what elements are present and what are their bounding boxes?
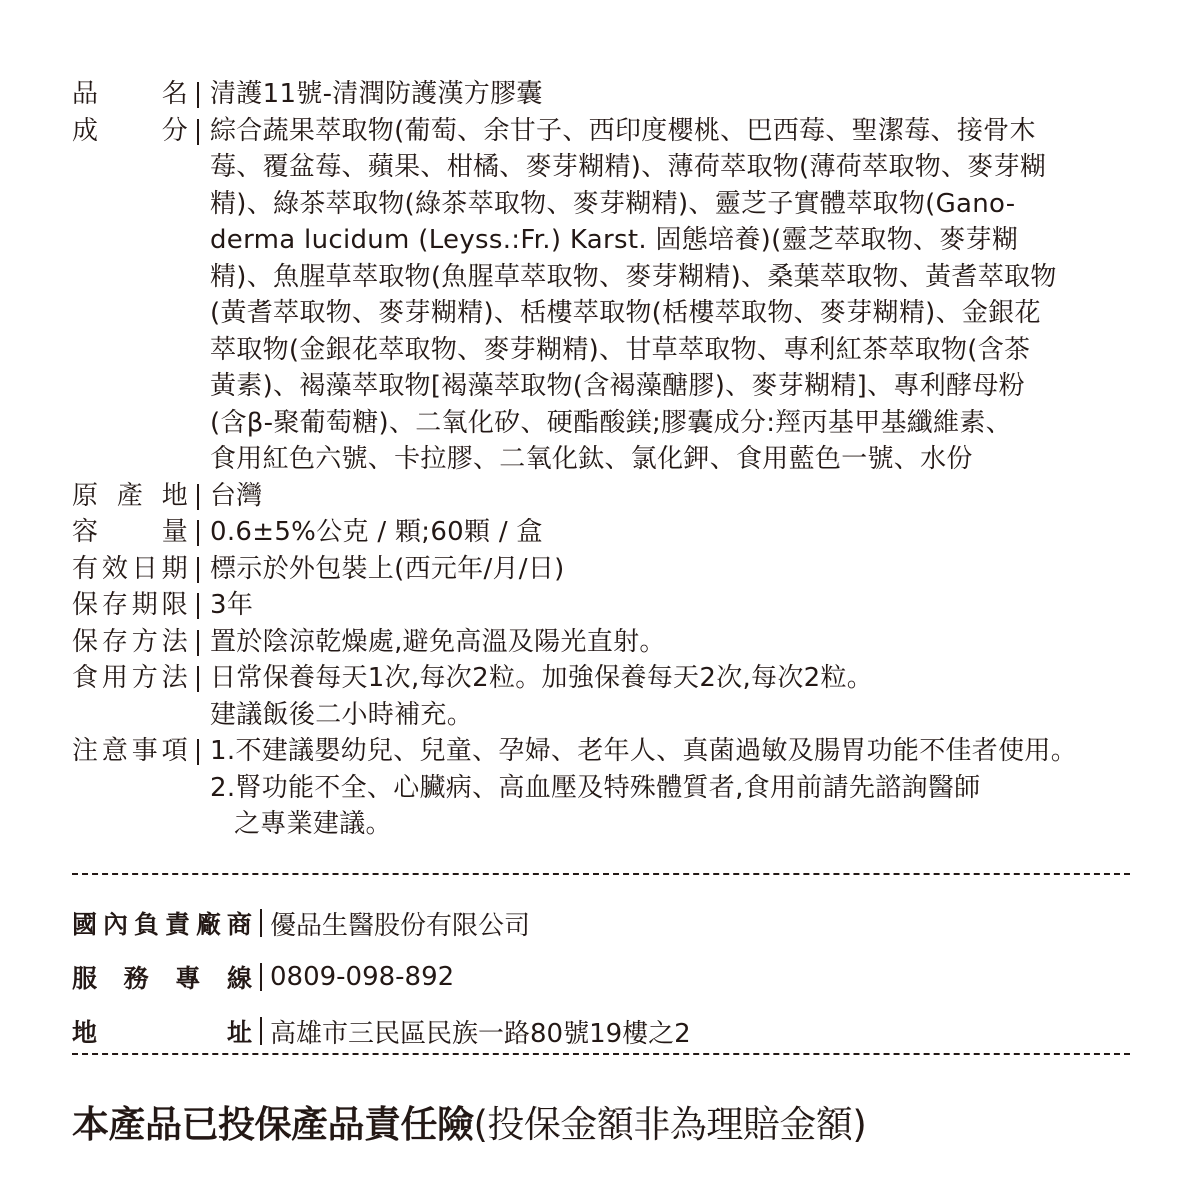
spec-row-usage: 食 用 方 法 日常保養每天1次,每次2粒。加強保養每天2次,每次2粒。 建議飯… bbox=[72, 660, 1142, 733]
spec-value-capacity: 0.6±5%公克 / 顆;60顆 / 盒 bbox=[210, 514, 1142, 551]
spec-row-origin: 原 產 地 台灣 bbox=[72, 478, 1142, 515]
company-info: 國 內 負 責 廠 商 優品生醫股份有限公司 服 務 專 線 0809-098-… bbox=[72, 896, 1142, 1058]
spec-row-shelf-life: 保 存 期 限 3年 bbox=[72, 587, 1142, 624]
ingredients-line: 綜合蔬果萃取物(葡萄、余甘子、西印度櫻桃、巴西莓、聖潔莓、接骨木 bbox=[210, 113, 1142, 150]
spec-row-notes: 注 意 事 項 1.不建議嬰幼兒、兒童、孕婦、老年人、真菌過敏及腸胃功能不佳者使… bbox=[72, 733, 1142, 843]
divider bbox=[197, 593, 199, 619]
divider bbox=[197, 484, 199, 510]
spec-value-product-name: 清護11號-清潤防護漢方膠囊 bbox=[210, 76, 1142, 113]
product-spec-table: 品 名 清護11號-清潤防護漢方膠囊 成 分 綜合蔬果萃取物(葡萄、余甘子、西印… bbox=[72, 76, 1142, 843]
ingredients-line: 黃素)、褐藻萃取物[褐藻萃取物(含褐藻醣膠)、麥芽糊精]、專利酵母粉 bbox=[210, 368, 1142, 405]
dashed-divider bbox=[72, 873, 1130, 875]
spec-label-capacity: 容 量 bbox=[72, 514, 188, 551]
spec-label-expiry: 有 效 日 期 bbox=[72, 551, 188, 588]
spec-value-ingredients: 綜合蔬果萃取物(葡萄、余甘子、西印度櫻桃、巴西莓、聖潔莓、接骨木 莓、覆盆莓、蘋… bbox=[210, 113, 1142, 478]
company-row-hotline: 服 務 專 線 0809-098-892 bbox=[72, 950, 1142, 1004]
spec-label-origin: 原 產 地 bbox=[72, 478, 188, 515]
divider bbox=[260, 909, 262, 937]
divider bbox=[260, 963, 262, 991]
company-value-address: 高雄市三民區民族一路80號19樓之2 bbox=[270, 1013, 691, 1050]
spec-label-ingredients: 成 分 bbox=[72, 113, 188, 150]
ingredients-line: 萃取物(金銀花萃取物、麥芽糊精)、甘草萃取物、專利紅茶萃取物(含茶 bbox=[210, 332, 1142, 369]
spec-value-expiry: 標示於外包裝上(西元年/月/日) bbox=[210, 551, 1142, 588]
company-label-manufacturer: 國 內 負 責 廠 商 bbox=[72, 905, 252, 941]
notes-line: 1.不建議嬰幼兒、兒童、孕婦、老年人、真菌過敏及腸胃功能不佳者使用。 bbox=[210, 733, 1142, 770]
ingredients-line: (含β-聚葡萄糖)、二氧化矽、硬酯酸鎂;膠囊成分:羥丙基甲基纖維素、 bbox=[210, 405, 1142, 442]
ingredients-line: 精)、魚腥草萃取物(魚腥草萃取物、麥芽糊精)、桑葉萃取物、黃耆萃取物 bbox=[210, 259, 1142, 296]
spec-label-product-name: 品 名 bbox=[72, 76, 188, 113]
divider bbox=[197, 630, 199, 656]
spec-value-origin: 台灣 bbox=[210, 478, 1142, 515]
spec-value-usage: 日常保養每天1次,每次2粒。加強保養每天2次,每次2粒。 建議飯後二小時補充。 bbox=[210, 660, 1142, 733]
ingredients-line: (黃耆萃取物、麥芽糊精)、栝樓萃取物(栝樓萃取物、麥芽糊精)、金銀花 bbox=[210, 295, 1142, 332]
dashed-divider bbox=[72, 1053, 1130, 1055]
spec-label-usage: 食 用 方 法 bbox=[72, 660, 188, 697]
spec-label-storage: 保 存 方 法 bbox=[72, 624, 188, 661]
ingredients-line: 莓、覆盆莓、蘋果、柑橘、麥芽糊精)、薄荷萃取物(薄荷萃取物、麥芽糊 bbox=[210, 149, 1142, 186]
divider bbox=[197, 82, 199, 108]
company-row-address: 地 址 高雄市三民區民族一路80號19樓之2 bbox=[72, 1004, 1142, 1058]
ingredients-line: 精)、綠茶萃取物(綠茶萃取物、麥芽糊精)、靈芝子實體萃取物(Gano- bbox=[210, 186, 1142, 223]
spec-value-storage: 置於陰涼乾燥處,避免高溫及陽光直射。 bbox=[210, 624, 1142, 661]
spec-row-product-name: 品 名 清護11號-清潤防護漢方膠囊 bbox=[72, 76, 1142, 113]
company-label-hotline: 服 務 專 線 bbox=[72, 959, 252, 995]
insurance-note-text: (投保金額非為理賠金額) bbox=[474, 1103, 867, 1146]
spec-label-notes: 注 意 事 項 bbox=[72, 733, 188, 770]
spec-row-storage: 保 存 方 法 置於陰涼乾燥處,避免高溫及陽光直射。 bbox=[72, 624, 1142, 661]
divider bbox=[197, 739, 199, 765]
company-value-manufacturer: 優品生醫股份有限公司 bbox=[270, 905, 530, 942]
company-label-address: 地 址 bbox=[72, 1013, 252, 1049]
usage-line: 日常保養每天1次,每次2粒。加強保養每天2次,每次2粒。 bbox=[210, 660, 1142, 697]
ingredients-line: 食用紅色六號、卡拉膠、二氧化鈦、氯化鉀、食用藍色一號、水份 bbox=[210, 441, 1142, 478]
divider bbox=[197, 119, 199, 145]
divider bbox=[197, 666, 199, 692]
ingredients-line: derma lucidum (Leyss.:Fr.) Karst. 固態培養)(… bbox=[210, 222, 1142, 259]
notes-line: 2.腎功能不全、心臟病、高血壓及特殊體質者,食用前請先諮詢醫師 bbox=[210, 770, 1142, 807]
spec-value-shelf-life: 3年 bbox=[210, 587, 1142, 624]
usage-line: 建議飯後二小時補充。 bbox=[210, 697, 1142, 734]
notes-line: 之專業建議。 bbox=[210, 806, 1142, 843]
company-value-hotline: 0809-098-892 bbox=[270, 962, 454, 992]
spec-value-notes: 1.不建議嬰幼兒、兒童、孕婦、老年人、真菌過敏及腸胃功能不佳者使用。 2.腎功能… bbox=[210, 733, 1142, 843]
divider bbox=[197, 557, 199, 583]
divider bbox=[197, 520, 199, 546]
insurance-statement: 本產品已投保產品責任險(投保金額非為理賠金額) bbox=[72, 1094, 866, 1148]
spec-label-shelf-life: 保 存 期 限 bbox=[72, 587, 188, 624]
company-row-manufacturer: 國 內 負 責 廠 商 優品生醫股份有限公司 bbox=[72, 896, 1142, 950]
spec-row-capacity: 容 量 0.6±5%公克 / 顆;60顆 / 盒 bbox=[72, 514, 1142, 551]
divider bbox=[260, 1017, 262, 1045]
spec-row-ingredients: 成 分 綜合蔬果萃取物(葡萄、余甘子、西印度櫻桃、巴西莓、聖潔莓、接骨木 莓、覆… bbox=[72, 113, 1142, 478]
spec-row-expiry: 有 效 日 期 標示於外包裝上(西元年/月/日) bbox=[72, 551, 1142, 588]
insurance-bold-text: 本產品已投保產品責任險 bbox=[72, 1103, 474, 1146]
